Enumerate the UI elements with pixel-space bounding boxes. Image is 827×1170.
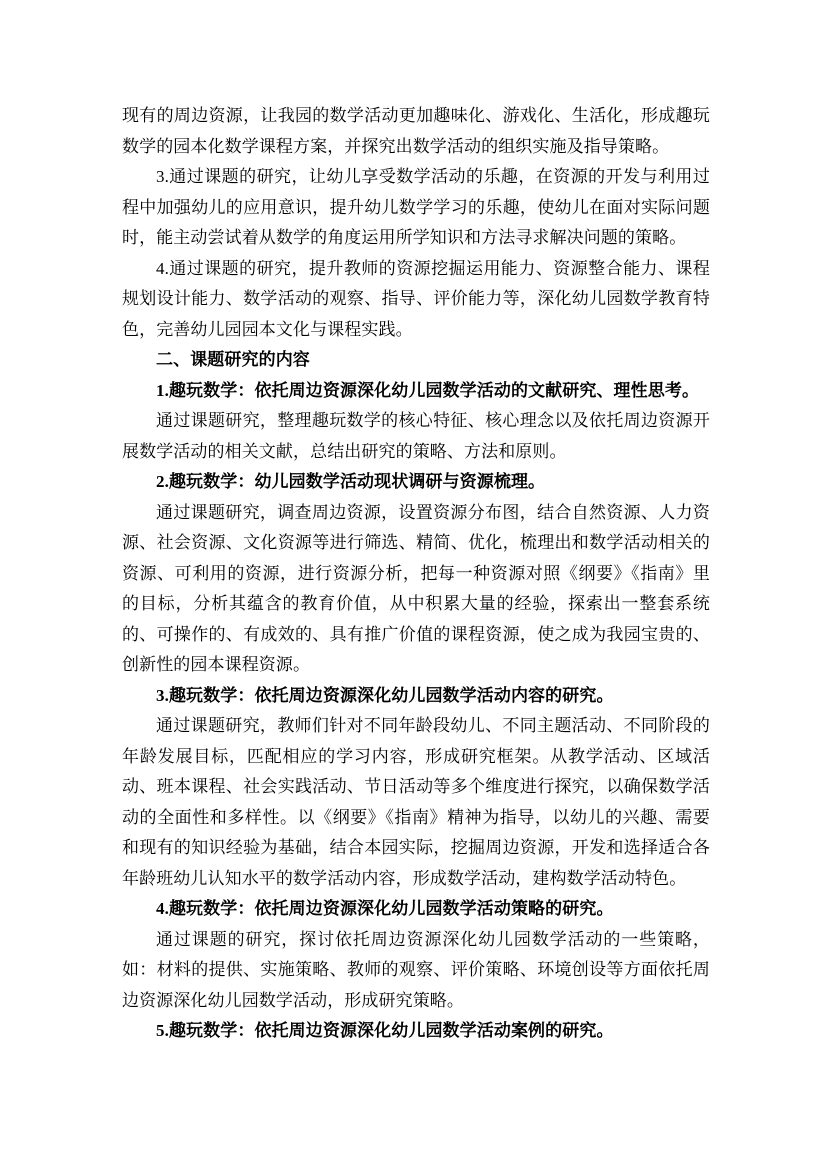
paragraph: 通过课题的研究，探讨依托周边资源深化幼儿园数学活动的一些策略，如：材料的提供、实… bbox=[122, 925, 710, 1017]
topic-heading: 2.趣玩数学：幼儿园数学活动现状调研与资源梳理。 bbox=[122, 467, 710, 498]
topic-heading: 3.趣玩数学：依托周边资源深化幼儿园数学活动内容的研究。 bbox=[122, 681, 710, 712]
paragraph: 通过课题研究，整理趣玩数学的核心特征、核心理念以及依托周边资源开展数学活动的相关… bbox=[122, 406, 710, 467]
document-page: 现有的周边资源，让我园的数学活动更加趣味化、游戏化、生活化，形成趣玩数学的园本化… bbox=[0, 0, 827, 1170]
paragraph: 通过课题研究，教师们针对不同年龄段幼儿、不同主题活动、不同阶段的年龄发展目标，匹… bbox=[122, 711, 710, 894]
paragraph: 现有的周边资源，让我园的数学活动更加趣味化、游戏化、生活化，形成趣玩数学的园本化… bbox=[122, 101, 710, 162]
document-text-block: 现有的周边资源，让我园的数学活动更加趣味化、游戏化、生活化，形成趣玩数学的园本化… bbox=[122, 101, 710, 1047]
topic-heading: 5.趣玩数学：依托周边资源深化幼儿园数学活动案例的研究。 bbox=[122, 1016, 710, 1047]
topic-heading: 1.趣玩数学：依托周边资源深化幼儿园数学活动的文献研究、理性思考。 bbox=[122, 376, 710, 407]
section-heading: 二、课题研究的内容 bbox=[122, 345, 710, 376]
paragraph: 3.通过课题的研究，让幼儿享受数学活动的乐趣，在资源的开发与利用过程中加强幼儿的… bbox=[122, 162, 710, 254]
paragraph: 通过课题研究，调查周边资源，设置资源分布图，结合自然资源、人力资源、社会资源、文… bbox=[122, 498, 710, 681]
topic-heading: 4.趣玩数学：依托周边资源深化幼儿园数学活动策略的研究。 bbox=[122, 894, 710, 925]
paragraph: 4.通过课题的研究，提升教师的资源挖掘运用能力、资源整合能力、课程规划设计能力、… bbox=[122, 254, 710, 346]
